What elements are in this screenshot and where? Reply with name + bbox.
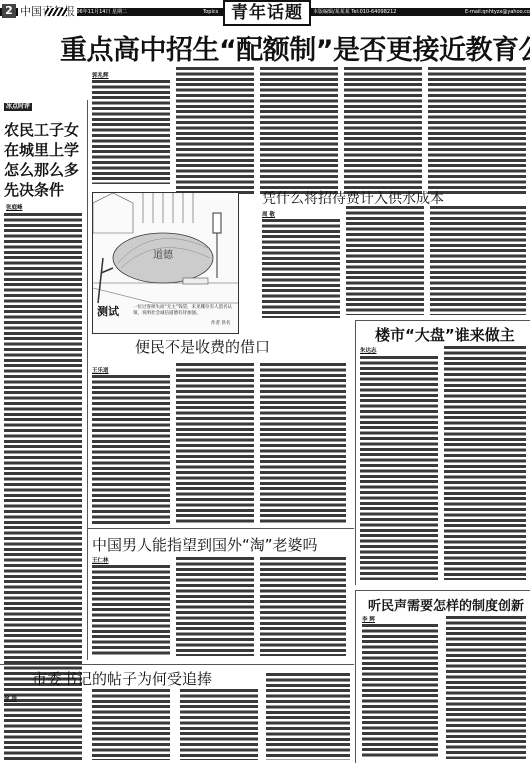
article-body-secretary-4 xyxy=(266,672,350,760)
lead-body-col-3 xyxy=(260,66,338,196)
article-headline-marriage: 中国男人能指望到国外“淘”老婆吗 xyxy=(92,534,318,555)
email-link[interactable]: E-mail:qnhtyzx@yahoo.com.cn xyxy=(465,9,530,15)
cartoon-title: 测试 xyxy=(97,303,119,319)
page-number: 2 xyxy=(2,4,16,18)
sidebar-headline-line: 怎么那么多 xyxy=(4,160,88,180)
lead-byline: 郭兆辉 xyxy=(92,71,109,79)
article-byline-property: 朱达志 xyxy=(360,346,377,354)
cartoon-artist: 作者 佚名 xyxy=(211,321,230,327)
cartoon-bag-label: 道德 xyxy=(153,248,174,261)
article-headline-property: 楼市“大盘”谁来做主 xyxy=(375,324,515,345)
sidebar-headline-line: 在城里上学 xyxy=(4,140,88,160)
lead-headline: 重点高中招生“配额制”是否更接近教育公平 xyxy=(60,28,530,67)
article-body-water-2 xyxy=(346,205,424,315)
sidebar-headline-line: 先决条件 xyxy=(4,180,88,200)
lead-body-col-2 xyxy=(176,66,254,196)
section-title: 青年话题 xyxy=(223,0,311,26)
editorial-cartoon: 道德 测试 一位过客掉失而“无主”钱袋，未见哪位有人留名认领，说明社会诚信道德有… xyxy=(92,192,239,334)
article-body-water-3 xyxy=(430,205,526,315)
article-body-convenience-3 xyxy=(260,362,346,524)
article-byline-convenience: 王乐道 xyxy=(92,366,109,374)
cartoon-caption: 一位过客掉失而“无主”钱袋，未见哪位有人留名认领，说明社会诚信道德有待加强。 xyxy=(133,305,235,317)
section-rule xyxy=(355,590,530,591)
article-headline-hearing: 听民声需要怎样的制度创新 xyxy=(368,595,524,614)
article-body-convenience-2 xyxy=(176,362,254,524)
issue-date: 2006年11月14日 星期二 xyxy=(70,9,127,15)
article-headline-secretary: 市委书记的帖子为何受追捧 xyxy=(32,668,212,689)
article-byline-marriage: 王仁林 xyxy=(92,556,109,564)
article-body-marriage-3 xyxy=(260,556,346,656)
article-byline-water: 周 敬 xyxy=(262,210,275,218)
article-headline-convenience: 便民不是收费的借口 xyxy=(135,336,270,357)
section-rule xyxy=(0,664,354,665)
article-byline-hearing: 李 辉 xyxy=(362,615,375,623)
sidebar-tag: 冰点时评 xyxy=(4,103,32,111)
sidebar-byline: 张庭峰 xyxy=(6,203,23,211)
column-rule xyxy=(355,320,356,585)
article-body-secretary-1 xyxy=(4,702,82,760)
section-rule xyxy=(355,320,530,321)
topics-label: Topics xyxy=(203,9,218,15)
article-body-property-2 xyxy=(444,345,526,580)
article-body-hearing-1 xyxy=(362,623,438,759)
lead-body-col-5 xyxy=(428,66,526,196)
article-body-hearing-2 xyxy=(446,615,526,759)
column-rule xyxy=(87,100,88,660)
article-body-secretary-3 xyxy=(180,688,258,760)
decorative-stripes xyxy=(45,8,67,16)
article-body-marriage-2 xyxy=(176,556,254,656)
sidebar-headline-line: 农民工子女 xyxy=(4,120,88,140)
section-rule xyxy=(88,528,354,529)
article-body-property-1 xyxy=(360,355,438,580)
article-byline-secretary: 徐 涛 xyxy=(4,694,17,702)
editor-info: 本版编辑/某某某 Tel:010-64098212 xyxy=(313,9,396,15)
article-body-convenience-1 xyxy=(92,374,170,524)
lead-body-col-4 xyxy=(344,66,422,196)
column-rule xyxy=(355,590,356,763)
article-body-water-1 xyxy=(262,218,340,318)
article-body-marriage-1 xyxy=(92,564,170,656)
lead-body-col-1 xyxy=(92,79,170,184)
sidebar-headline: 农民工子女 在城里上学 怎么那么多 先决条件 xyxy=(4,120,88,200)
article-body-secretary-2 xyxy=(92,688,170,760)
